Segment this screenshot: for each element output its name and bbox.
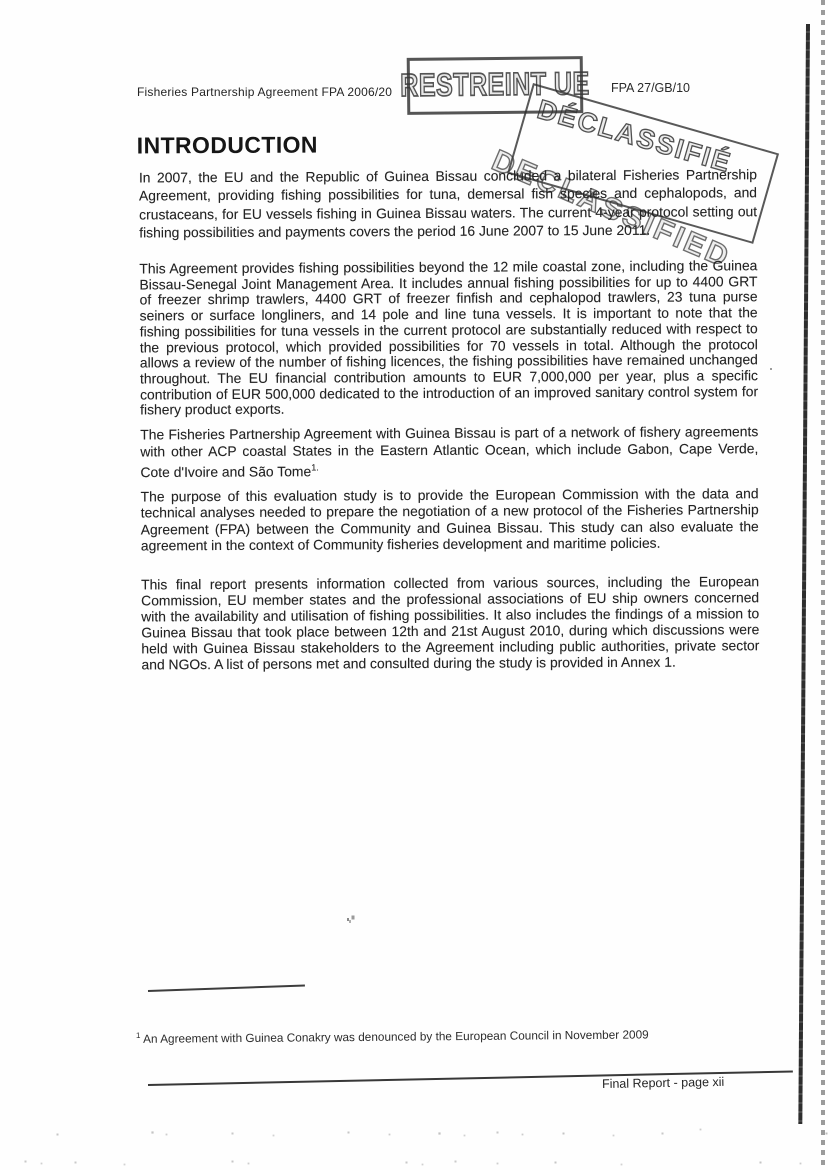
footnote-separator-rule xyxy=(148,985,305,992)
paragraph-5: This final report presents information c… xyxy=(141,573,759,673)
document-body: INTRODUCTION In 2007, the EU and the Rep… xyxy=(0,0,828,2)
paragraph-1: In 2007, the EU and the Republic of Guin… xyxy=(139,165,757,242)
header-document-reference: Fisheries Partnership Agreement FPA 2006… xyxy=(137,85,392,99)
paragraph-3: The Fisheries Partnership Agreement with… xyxy=(140,423,758,480)
paragraph-3-text: The Fisheries Partnership Agreement with… xyxy=(140,423,758,479)
footnote: 1 An Agreement with Guinea Conakry was d… xyxy=(136,1026,696,1046)
scan-noise-row-1 xyxy=(0,1132,1,1133)
header-file-reference: FPA 27/GB/10 xyxy=(611,81,690,95)
scan-edge-dashed-strip xyxy=(821,0,825,1170)
page-title: INTRODUCTION xyxy=(137,132,318,160)
scanned-document-page: Fisheries Partnership Agreement FPA 2006… xyxy=(0,0,828,1170)
footnote-text: An Agreement with Guinea Conakry was den… xyxy=(143,1027,649,1045)
scan-edge-dark-bar xyxy=(798,24,810,1124)
scan-noise-row-2 xyxy=(0,1161,1,1162)
scan-speck-artifact-2 xyxy=(770,368,772,370)
paragraph-2: This Agreement provides fishing possibil… xyxy=(139,258,758,418)
footnote-reference-superscript: 1. xyxy=(311,462,319,472)
scan-speck-artifact xyxy=(347,918,349,921)
footnote-marker: 1 xyxy=(136,1031,141,1040)
paragraph-4: The purpose of this evaluation study is … xyxy=(141,485,759,554)
footer-page-label: Final Report - page xii xyxy=(602,1075,725,1091)
